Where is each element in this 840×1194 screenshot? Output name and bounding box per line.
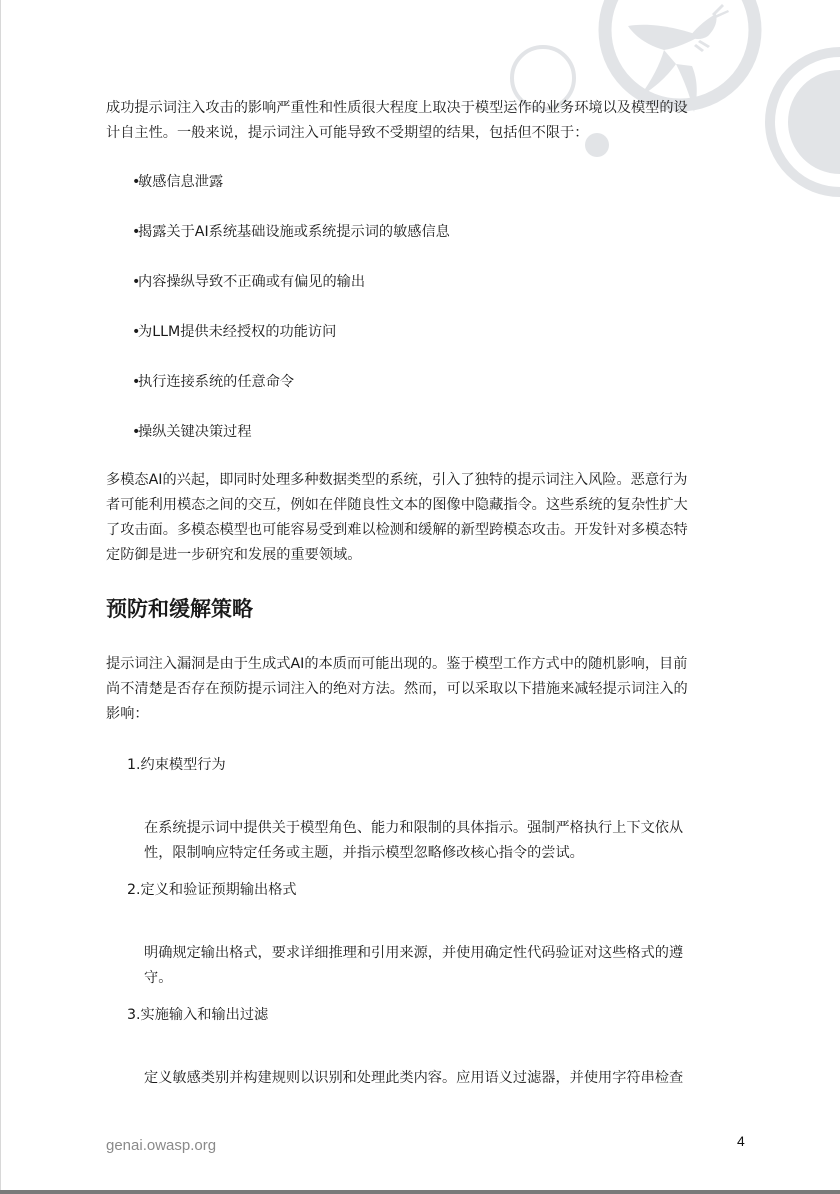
- page-bottom-divider: [0, 1190, 840, 1194]
- multimodal-line-2: 者可能利用模态之间的交互，例如在伴随良性文本的图像中隐藏指令。这些系统的复杂性扩…: [106, 493, 688, 518]
- strategy-title-2: 2.定义和验证预期输出格式: [127, 880, 297, 900]
- section-intro-line-1: 提示词注入漏洞是由于生成式AI的本质而可能出现的。鉴于模型工作方式中的随机影响，…: [106, 652, 687, 677]
- multimodal-line-3: 了攻击面。多模态模型也可能容易受到难以检测和缓解的新型跨模态攻击。开发针对多模态…: [106, 518, 688, 543]
- list-item: •敏感信息泄露: [132, 172, 223, 192]
- strategy-title-1: 1.约束模型行为: [127, 755, 226, 775]
- list-item: •为LLM提供未经授权的功能访问: [132, 322, 336, 342]
- dot-icon: [585, 133, 609, 157]
- section-intro-line-3: 影响：: [106, 702, 149, 727]
- large-ring-icon: [605, 0, 755, 105]
- list-item: •操纵关键决策过程: [132, 422, 252, 442]
- right-ring-icon: [770, 52, 840, 192]
- page-edge: [0, 0, 1, 1194]
- strategy-body-1-line-2: 性，限制响应特定任务或主题，并指示模型忽略修改核心指令的尝试。: [144, 841, 584, 866]
- strategy-body-3-line-1: 定义敏感类别并构建规则以识别和处理此类内容。应用语义过滤器，并使用字符串检查: [144, 1066, 683, 1091]
- strategy-body-2-line-1: 明确规定输出格式，要求详细推理和引用来源，并使用确定性代码验证对这些格式的遵: [144, 941, 683, 966]
- section-intro-line-2: 尚不清楚是否存在预防提示词注入的绝对方法。然而，可以采取以下措施来减轻提示词注入…: [106, 677, 688, 702]
- section-heading: 预防和缓解策略: [106, 595, 253, 623]
- list-item: •执行连接系统的任意命令: [132, 372, 294, 392]
- strategy-body-2-line-2: 守。: [144, 966, 172, 991]
- right-disk-icon: [788, 70, 840, 174]
- multimodal-line-1: 多模态AI的兴起，即同时处理多种数据类型的系统，引入了独特的提示词注入风险。恶意…: [106, 468, 687, 493]
- list-item: •揭露关于AI系统基础设施或系统提示词的敏感信息: [132, 222, 450, 242]
- list-item: •内容操纵导致不正确或有偏见的输出: [132, 272, 365, 292]
- strategy-body-1-line-1: 在系统提示词中提供关于模型角色、能力和限制的具体指示。强制严格执行上下文依从: [144, 816, 683, 841]
- intro-line-1: 成功提示词注入攻击的影响严重性和性质很大程度上取决于模型运作的业务环境以及模型的…: [106, 96, 688, 121]
- multimodal-line-4: 定防御是进一步研究和发展的重要领域。: [106, 543, 361, 568]
- intro-line-2: 计自主性。一般来说，提示词注入可能导致不受期望的结果，包括但不限于：: [106, 121, 588, 146]
- strategy-title-3: 3.实施输入和输出过滤: [127, 1005, 268, 1025]
- page-number: 4: [737, 1133, 745, 1149]
- footer-url: genai.owasp.org: [106, 1137, 216, 1154]
